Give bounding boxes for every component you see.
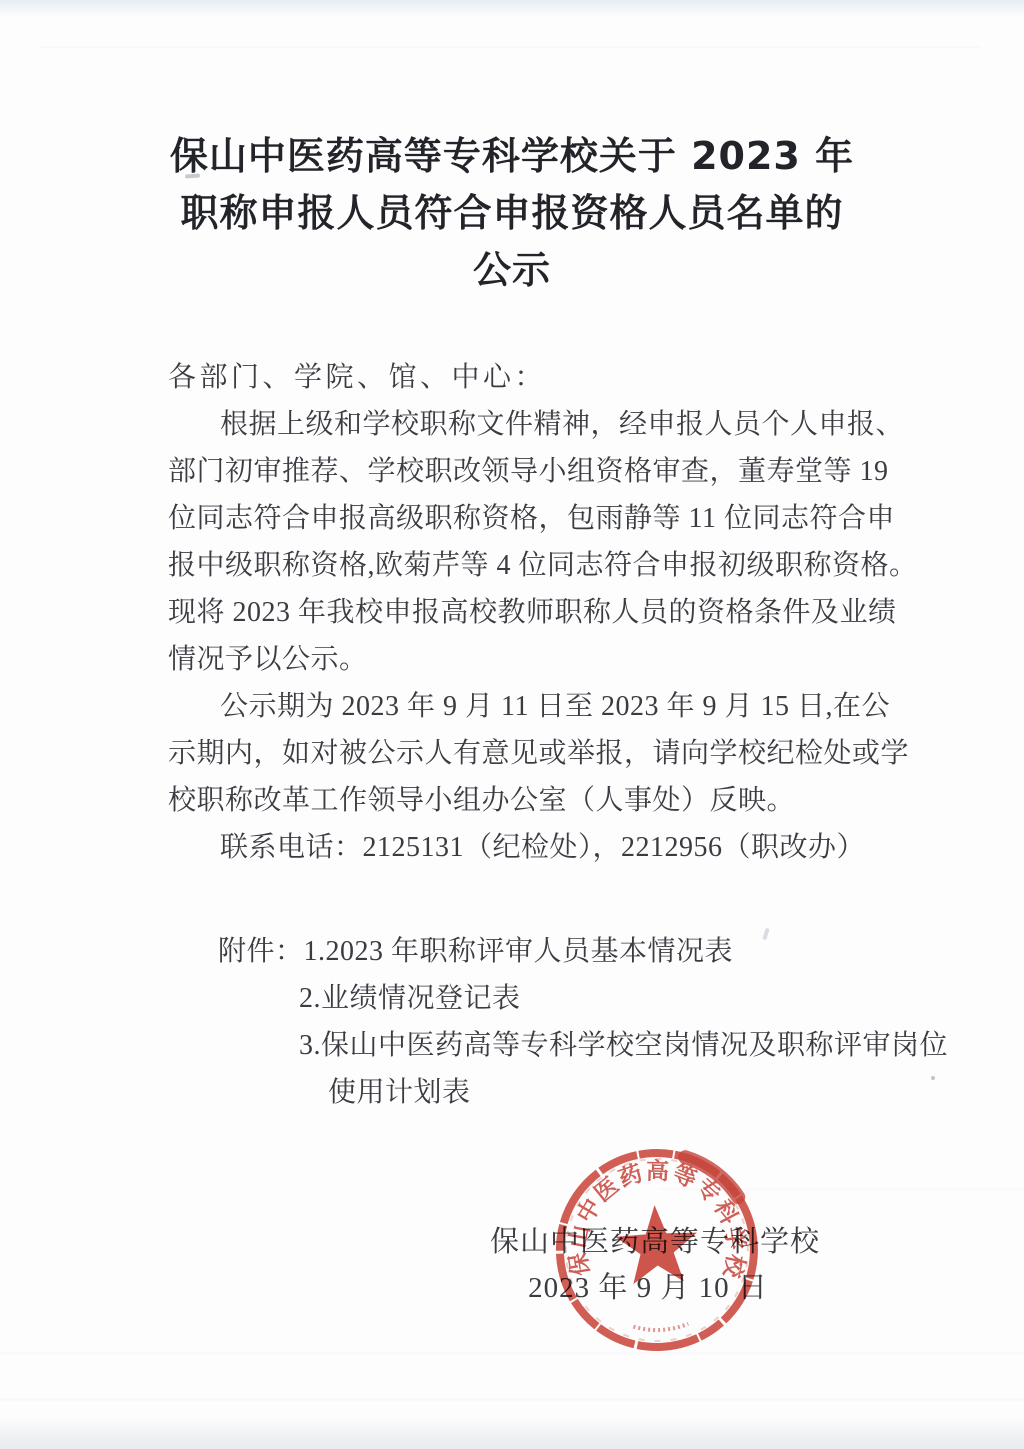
body-line: 位同志符合申报高级职称资格，包雨静等 11 位同志符合申 [168,495,885,542]
attachments-list: 附件：1.2023 年职称评审人员基本情况表 2.业绩情况登记表 3.保山中医药… [168,928,928,1116]
attachment-line: 附件：1.2023 年职称评审人员基本情况表 [168,928,928,975]
body-line: 部门初审推荐、学校职改领导小组资格审查，董寿堂等 19 [168,448,885,495]
attachment-line: 2.业绩情况登记表 [168,975,928,1022]
seal-serial-marks [633,1324,688,1332]
title-line-1: 保山中医药高等专科学校关于 2023 年 [162,128,862,185]
contact-phone-line: 联系电话：2125131（纪检处），2212956（职改办） [168,824,885,871]
attachment-line: 使用计划表 [168,1069,928,1116]
body-line: 示期内，如对被公示人有意见或举报，请向学校纪检处或学 [168,730,885,777]
body-line: 校职称改革工作领导小组办公室（人事处）反映。 [168,777,885,824]
scan-artifact-dot [931,1076,935,1080]
document-body: 各部门、学院、馆、中心： 根据上级和学校职称文件精神，经申报人员个人申报、 部门… [168,354,885,871]
title-line-3: 公示 [162,242,862,299]
official-seal: 保山中医药高等专科学校 [544,1140,771,1363]
seal-star-icon [614,1203,700,1285]
scanned-notice-page: 保山中医药高等专科学校关于 2023 年 职称申报人员符合申报资格人员名单的 公… [0,0,1024,1449]
body-line: 现将 2023 年我校申报高校教师职称人员的资格条件及业绩 [168,589,885,636]
scan-edge-top [0,0,1024,18]
scan-streak [40,46,980,48]
body-line: 公示期为 2023 年 9 月 11 日至 2023 年 9 月 15 日,在公 [168,683,885,730]
document-title: 保山中医药高等专科学校关于 2023 年 职称申报人员符合申报资格人员名单的 公… [162,128,862,299]
title-line-2: 职称申报人员符合申报资格人员名单的 [162,185,862,242]
body-line: 报中级职称资格,欧菊芹等 4 位同志符合申报初级职称资格。 [168,542,885,589]
attachment-line: 3.保山中医药高等专科学校空岗情况及职称评审岗位 [168,1022,928,1069]
body-line: 情况予以公示。 [168,636,885,683]
scan-streak [0,1352,1024,1355]
salutation-line: 各部门、学院、馆、中心： [168,354,885,401]
scan-edge-bottom [0,1418,1024,1449]
scan-streak [0,1398,1024,1401]
body-line: 根据上级和学校职称文件精神，经申报人员个人申报、 [168,401,885,448]
